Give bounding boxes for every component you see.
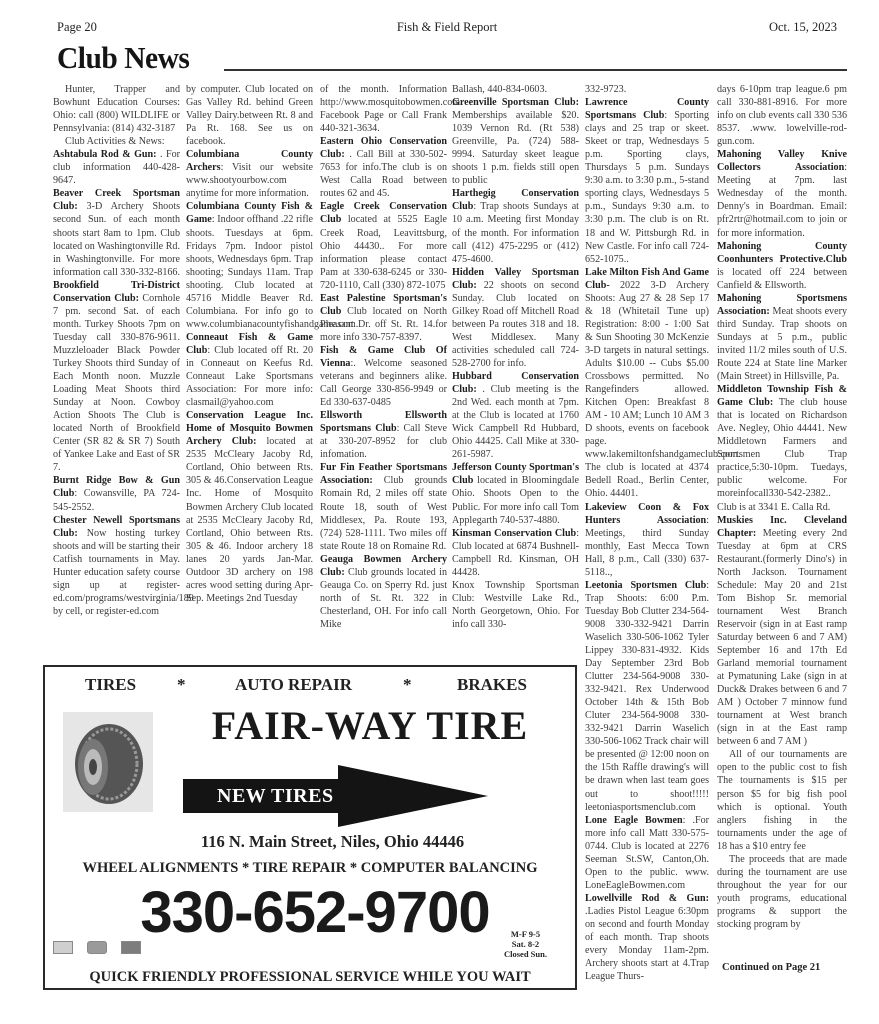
- club-entry: Ellsworth Ellsworth Sportsmans Club: Cal…: [320, 409, 447, 461]
- ad-topline-tires: TIRES: [85, 675, 136, 695]
- club-name: Leetonia Sportsmen Club: [585, 580, 706, 591]
- club-details: Meat shoots every third Sunday. Trap sho…: [717, 306, 847, 382]
- club-entry: Lake Milton Fish And Game Club- 2022 3-D…: [585, 266, 709, 501]
- ad-address: 116 N. Main Street, Niles, Ohio 44446: [45, 832, 575, 852]
- publication-name: Fish & Field Report: [57, 20, 837, 35]
- article-column-1: Hunter, Trapper and Bowhunt Education Co…: [53, 83, 180, 618]
- club-entry: Conservation League Inc. Home of Mosquit…: [186, 409, 313, 605]
- article-column-6: days 6-10pm trap league.6 pm call 330-88…: [717, 83, 847, 931]
- amex-card-icon: [121, 941, 141, 954]
- club-entry: Burnt Ridge Bow & Gun Club: Cowansville,…: [53, 474, 180, 513]
- club-entry: Brookfield Tri-District Conservation Clu…: [53, 279, 180, 475]
- club-entry: Hubbard Conservation Club: . Club meetin…: [452, 370, 579, 461]
- club-entry: Club Activities & News:: [53, 135, 180, 148]
- club-entry: Fur Fin Feather Sportsmans Association: …: [320, 461, 447, 552]
- tire-icon: [63, 712, 153, 812]
- article-column-5: 332-9723.Lawrence County Sportsmans Club…: [585, 83, 709, 983]
- ad-phone-number[interactable]: 330-652-9700: [105, 879, 525, 946]
- club-details: of the month. Information http://www.mos…: [320, 84, 460, 134]
- club-entry: by computer. Club located on Gas Valley …: [186, 83, 313, 148]
- payment-cards: [53, 941, 151, 955]
- club-details: 3-D Archery Shoots second Sun. of each m…: [53, 201, 180, 277]
- club-entry: Mahoning Sportsmens Association: Meat sh…: [717, 292, 847, 383]
- club-name: Mahoning Valley Knive Collectors Associa…: [717, 149, 847, 173]
- club-entry: All of our tournaments are open to the p…: [717, 748, 847, 852]
- ad-tagline: QUICK FRIENDLY PROFESSIONAL SERVICE WHIL…: [45, 969, 575, 986]
- club-entry: Leetonia Sportsmen Club: Trap Shoots: 6:…: [585, 579, 709, 814]
- club-entry: Mahoning County Coonhunters Protective.C…: [717, 240, 847, 292]
- ad-topline-brakes: BRAKES: [457, 675, 527, 695]
- club-details: Ballash, 440-834-0603.: [452, 84, 547, 95]
- club-entry: Geauga Bowmen Archery Club: Club grounds…: [320, 553, 447, 631]
- fairway-tire-ad[interactable]: TIRES * AUTO REPAIR * BRAKES FAIR-WAY TI…: [43, 665, 577, 990]
- club-entry: Middleton Township Fish & Game Club: The…: [717, 383, 847, 513]
- article-column-4: Ballash, 440-834-0603.Greenville Sportsm…: [452, 83, 579, 631]
- club-entry: Harthegig Conservation Club: Trap shoots…: [452, 187, 579, 265]
- ad-topline-auto-repair: AUTO REPAIR: [235, 675, 352, 695]
- club-name: Lone Eagle Bowmen: [585, 815, 683, 826]
- club-details: 332-9723.: [585, 84, 626, 95]
- ad-topline-star: *: [403, 675, 412, 695]
- ad-business-hours: M-F 9-5 Sat. 8-2 Closed Sun.: [504, 929, 547, 959]
- issue-date: Oct. 15, 2023: [769, 20, 837, 35]
- club-entry: days 6-10pm trap league.6 pm call 330-88…: [717, 83, 847, 148]
- club-name: Lowellville Rod & Gun:: [585, 893, 709, 904]
- club-entry: Hunter, Trapper and Bowhunt Education Co…: [53, 83, 180, 135]
- continued-link[interactable]: Continued on Page 21: [722, 962, 820, 973]
- club-details: is located off 224 between Canfield & El…: [717, 267, 847, 291]
- club-entry: Kinsman Conservation Club: Club located …: [452, 527, 579, 579]
- title-rule: [224, 69, 847, 71]
- section-title: Club News: [57, 40, 189, 76]
- mastercard-icon: [87, 941, 107, 954]
- club-details: All of our tournaments are open to the p…: [717, 749, 847, 851]
- club-entry: Jefferson County Sportman's Club located…: [452, 461, 579, 526]
- ad-services: WHEEL ALIGNMENTS * TIRE REPAIR * COMPUTE…: [45, 860, 575, 877]
- club-entry: Ashtabula Rod & Gun: . For club informat…: [53, 148, 180, 187]
- club-details: located at 5525 Eagle Creek Road, Leavit…: [320, 214, 447, 290]
- club-details: .Ladies Pistol League 6:30pm on second a…: [585, 906, 709, 982]
- club-details: : .For more info call Matt 330-575-0744.…: [585, 815, 709, 891]
- club-entry: Eagle Creek Conservation Club located at…: [320, 200, 447, 291]
- club-entry: 332-9723.: [585, 83, 709, 96]
- club-entry: Beaver Creek Sportsman Club: 3-D Archery…: [53, 187, 180, 278]
- club-details: Memberships available $20. 1039 Vernon R…: [452, 110, 579, 186]
- club-name: Mahoning County Coonhunters Protective.C…: [717, 241, 847, 265]
- club-details: The club house that is located on Richar…: [717, 397, 847, 512]
- club-name: Greenville Sportsman Club:: [452, 97, 579, 108]
- club-entry: Ballash, 440-834-0603.: [452, 83, 579, 96]
- club-details: Meeting every 2nd Tuesday at 6pm at CRS …: [717, 528, 847, 748]
- club-entry: Columbiana County Fish & Game: Indoor of…: [186, 200, 313, 330]
- ad-hours-weekday: M-F 9-5: [504, 929, 547, 939]
- club-entry: Conneaut Fish & Game Club: Club located …: [186, 331, 313, 409]
- club-name: Lakeview Coon & Fox Hunters Association: [585, 502, 709, 526]
- club-name: Kinsman Conservation Club: [452, 528, 576, 539]
- club-entry: Lone Eagle Bowmen: .For more info call M…: [585, 814, 709, 892]
- article-column-2: by computer. Club located on Gas Valley …: [186, 83, 313, 605]
- club-entry: Muskies Inc. Cleveland Chapter: Meeting …: [717, 514, 847, 749]
- club-details: days 6-10pm trap league.6 pm call 330-88…: [717, 84, 847, 147]
- club-entry: Lawrence County Sportsmans Club: Sportin…: [585, 96, 709, 266]
- club-details: . Club meeting is the 2nd Wed. each mont…: [452, 384, 579, 460]
- ad-brand-name: FAIR-WAY TIRE: [185, 702, 555, 749]
- ad-topline-star: *: [177, 675, 186, 695]
- club-details: Now hosting turkey shoots and will be st…: [53, 528, 194, 617]
- club-entry: Greenville Sportsman Club: Memberships a…: [452, 96, 579, 187]
- club-entry: Knox Township Sportsman Club: Westville …: [452, 579, 579, 631]
- club-details: located at 2535 McCleary Jacoby Rd, Cort…: [186, 436, 313, 604]
- page-header: Page 20 Fish & Field Report Oct. 15, 202…: [57, 20, 837, 38]
- club-entry: Mahoning Valley Knive Collectors Associa…: [717, 148, 847, 239]
- club-entry: Lowellville Rod & Gun: .Ladies Pistol Le…: [585, 892, 709, 983]
- ad-hours-sunday: Closed Sun.: [504, 949, 547, 959]
- ad-arrow-label: NEW TIRES: [217, 785, 334, 808]
- article-column-3: of the month. Information http://www.mos…: [320, 83, 447, 631]
- club-entry: Hidden Valley Sportsman Club: 22 shoots …: [452, 266, 579, 370]
- club-entry: Eastern Ohio Conservation Club: . Call B…: [320, 135, 447, 200]
- club-entry: of the month. Information http://www.mos…: [320, 83, 447, 135]
- club-details: Knox Township Sportsman Club: Westville …: [452, 580, 579, 630]
- club-details: : Sporting clays and 25 trap or skeet. S…: [585, 110, 709, 265]
- visa-card-icon: [53, 941, 73, 954]
- club-details: The proceeds that are made during the to…: [717, 854, 847, 930]
- club-details: : Trap Shoots: 6:00 P.m. Tuesday Bob Clu…: [585, 580, 709, 813]
- club-details: 22 shoots on second Sunday. Club located…: [452, 280, 579, 369]
- club-entry: East Palestine Sportsman's Club Club loc…: [320, 292, 447, 344]
- club-details: : Meeting at 7pm. last Wednesday of the …: [717, 162, 847, 238]
- club-details: Club grounds Romain Rd, 2 miles off stat…: [320, 475, 447, 551]
- club-details: Hunter, Trapper and Bowhunt Education Co…: [53, 84, 180, 134]
- ad-hours-saturday: Sat. 8-2: [504, 939, 547, 949]
- club-details: Cornhole 7 pm. second Sat. of each month…: [53, 293, 180, 474]
- club-entry: Fish & Game Club Of Vienna:. Welcome sea…: [320, 344, 447, 409]
- club-details: Club Activities & News:: [65, 136, 165, 147]
- club-name: Ashtabula Rod & Gun:: [53, 149, 157, 160]
- club-entry: The proceeds that are made during the to…: [717, 853, 847, 931]
- club-details: by computer. Club located on Gas Valley …: [186, 84, 313, 147]
- club-entry: Columbiana County Archers: Visit our web…: [186, 148, 313, 200]
- club-entry: Chester Newell Sportsmans Club: Now host…: [53, 514, 180, 618]
- club-entry: Lakeview Coon & Fox Hunters Association:…: [585, 501, 709, 579]
